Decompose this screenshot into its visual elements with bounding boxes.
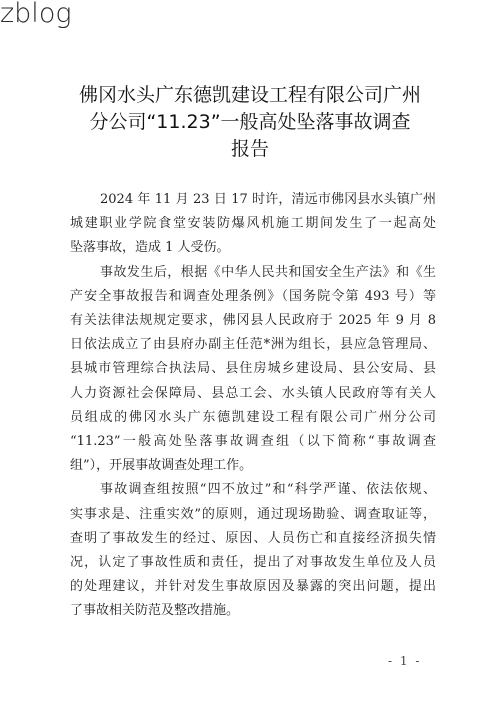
text-line: 坠落事故，造成 1 人受伤。: [70, 236, 436, 260]
title-line: 佛冈水头广东德凯建设工程有限公司广州: [60, 82, 440, 109]
text-line: 城建职业学院食堂安装防爆风机施工期间发生了一起高处: [70, 212, 436, 236]
text-line: 实事求是、注重实效”的原则，通过现场勘验、调查取证等，: [70, 503, 436, 527]
text-line: 有关法律法规规定要求，佛冈县人民政府于 2025 年 9 月 8: [70, 309, 436, 333]
text-line: 事故调查组按照“四不放过”和“科学严谨、依法依规、: [70, 478, 436, 502]
text-line: 员组成的佛冈水头广东德凯建设工程有限公司广州分公司: [70, 406, 436, 430]
watermark-logo: zblog: [0, 0, 72, 29]
paragraph-investigation-team: 事故发生后，根据《中华人民共和国安全生产法》和《生 产安全事故报告和调查处理条例…: [70, 261, 436, 479]
document-title: 佛冈水头广东德凯建设工程有限公司广州 分公司“11.23”一般高处坠落事故调查 …: [60, 82, 440, 163]
text-line: 查明了事故发生的经过、原因、人员伤亡和直接经济损失情: [70, 527, 436, 551]
text-line: 县城市管理综合执法局、县住房城乡建设局、县公安局、县: [70, 357, 436, 381]
paragraph-incident-summary: 2024 年 11 月 23 日 17 时许，清远市佛冈县水头镇广州 城建职业学…: [70, 188, 436, 261]
title-line: 报告: [60, 136, 440, 163]
page-number: - 1 -: [388, 654, 421, 668]
text-line: “11.23”一般高处坠落事故调查组（以下简称“事故调查: [70, 430, 436, 454]
document-body: 2024 年 11 月 23 日 17 时许，清远市佛冈县水头镇广州 城建职业学…: [70, 188, 436, 624]
text-line: 日依法成立了由县府办副主任范*洲为组长，县应急管理局、: [70, 333, 436, 357]
text-line: 2024 年 11 月 23 日 17 时许，清远市佛冈县水头镇广州: [70, 188, 436, 212]
text-line: 组”），开展事故调查处理工作。: [70, 454, 436, 478]
paragraph-investigation-principles: 事故调查组按照“四不放过”和“科学严谨、依法依规、 实事求是、注重实效”的原则，…: [70, 478, 436, 623]
text-line: 了事故相关防范及整改措施。: [70, 599, 436, 623]
title-line: 分公司“11.23”一般高处坠落事故调查: [60, 109, 440, 136]
text-line: 的处理建议，并针对发生事故原因及暴露的突出问题，提出: [70, 575, 436, 599]
text-line: 产安全事故报告和调查处理条例》（国务院令第 493 号）等: [70, 285, 436, 309]
text-line: 事故发生后，根据《中华人民共和国安全生产法》和《生: [70, 261, 436, 285]
text-line: 人力资源社会保障局、县总工会、水头镇人民政府等有关人: [70, 382, 436, 406]
text-line: 况，认定了事故性质和责任，提出了对事故发生单位及人员: [70, 551, 436, 575]
